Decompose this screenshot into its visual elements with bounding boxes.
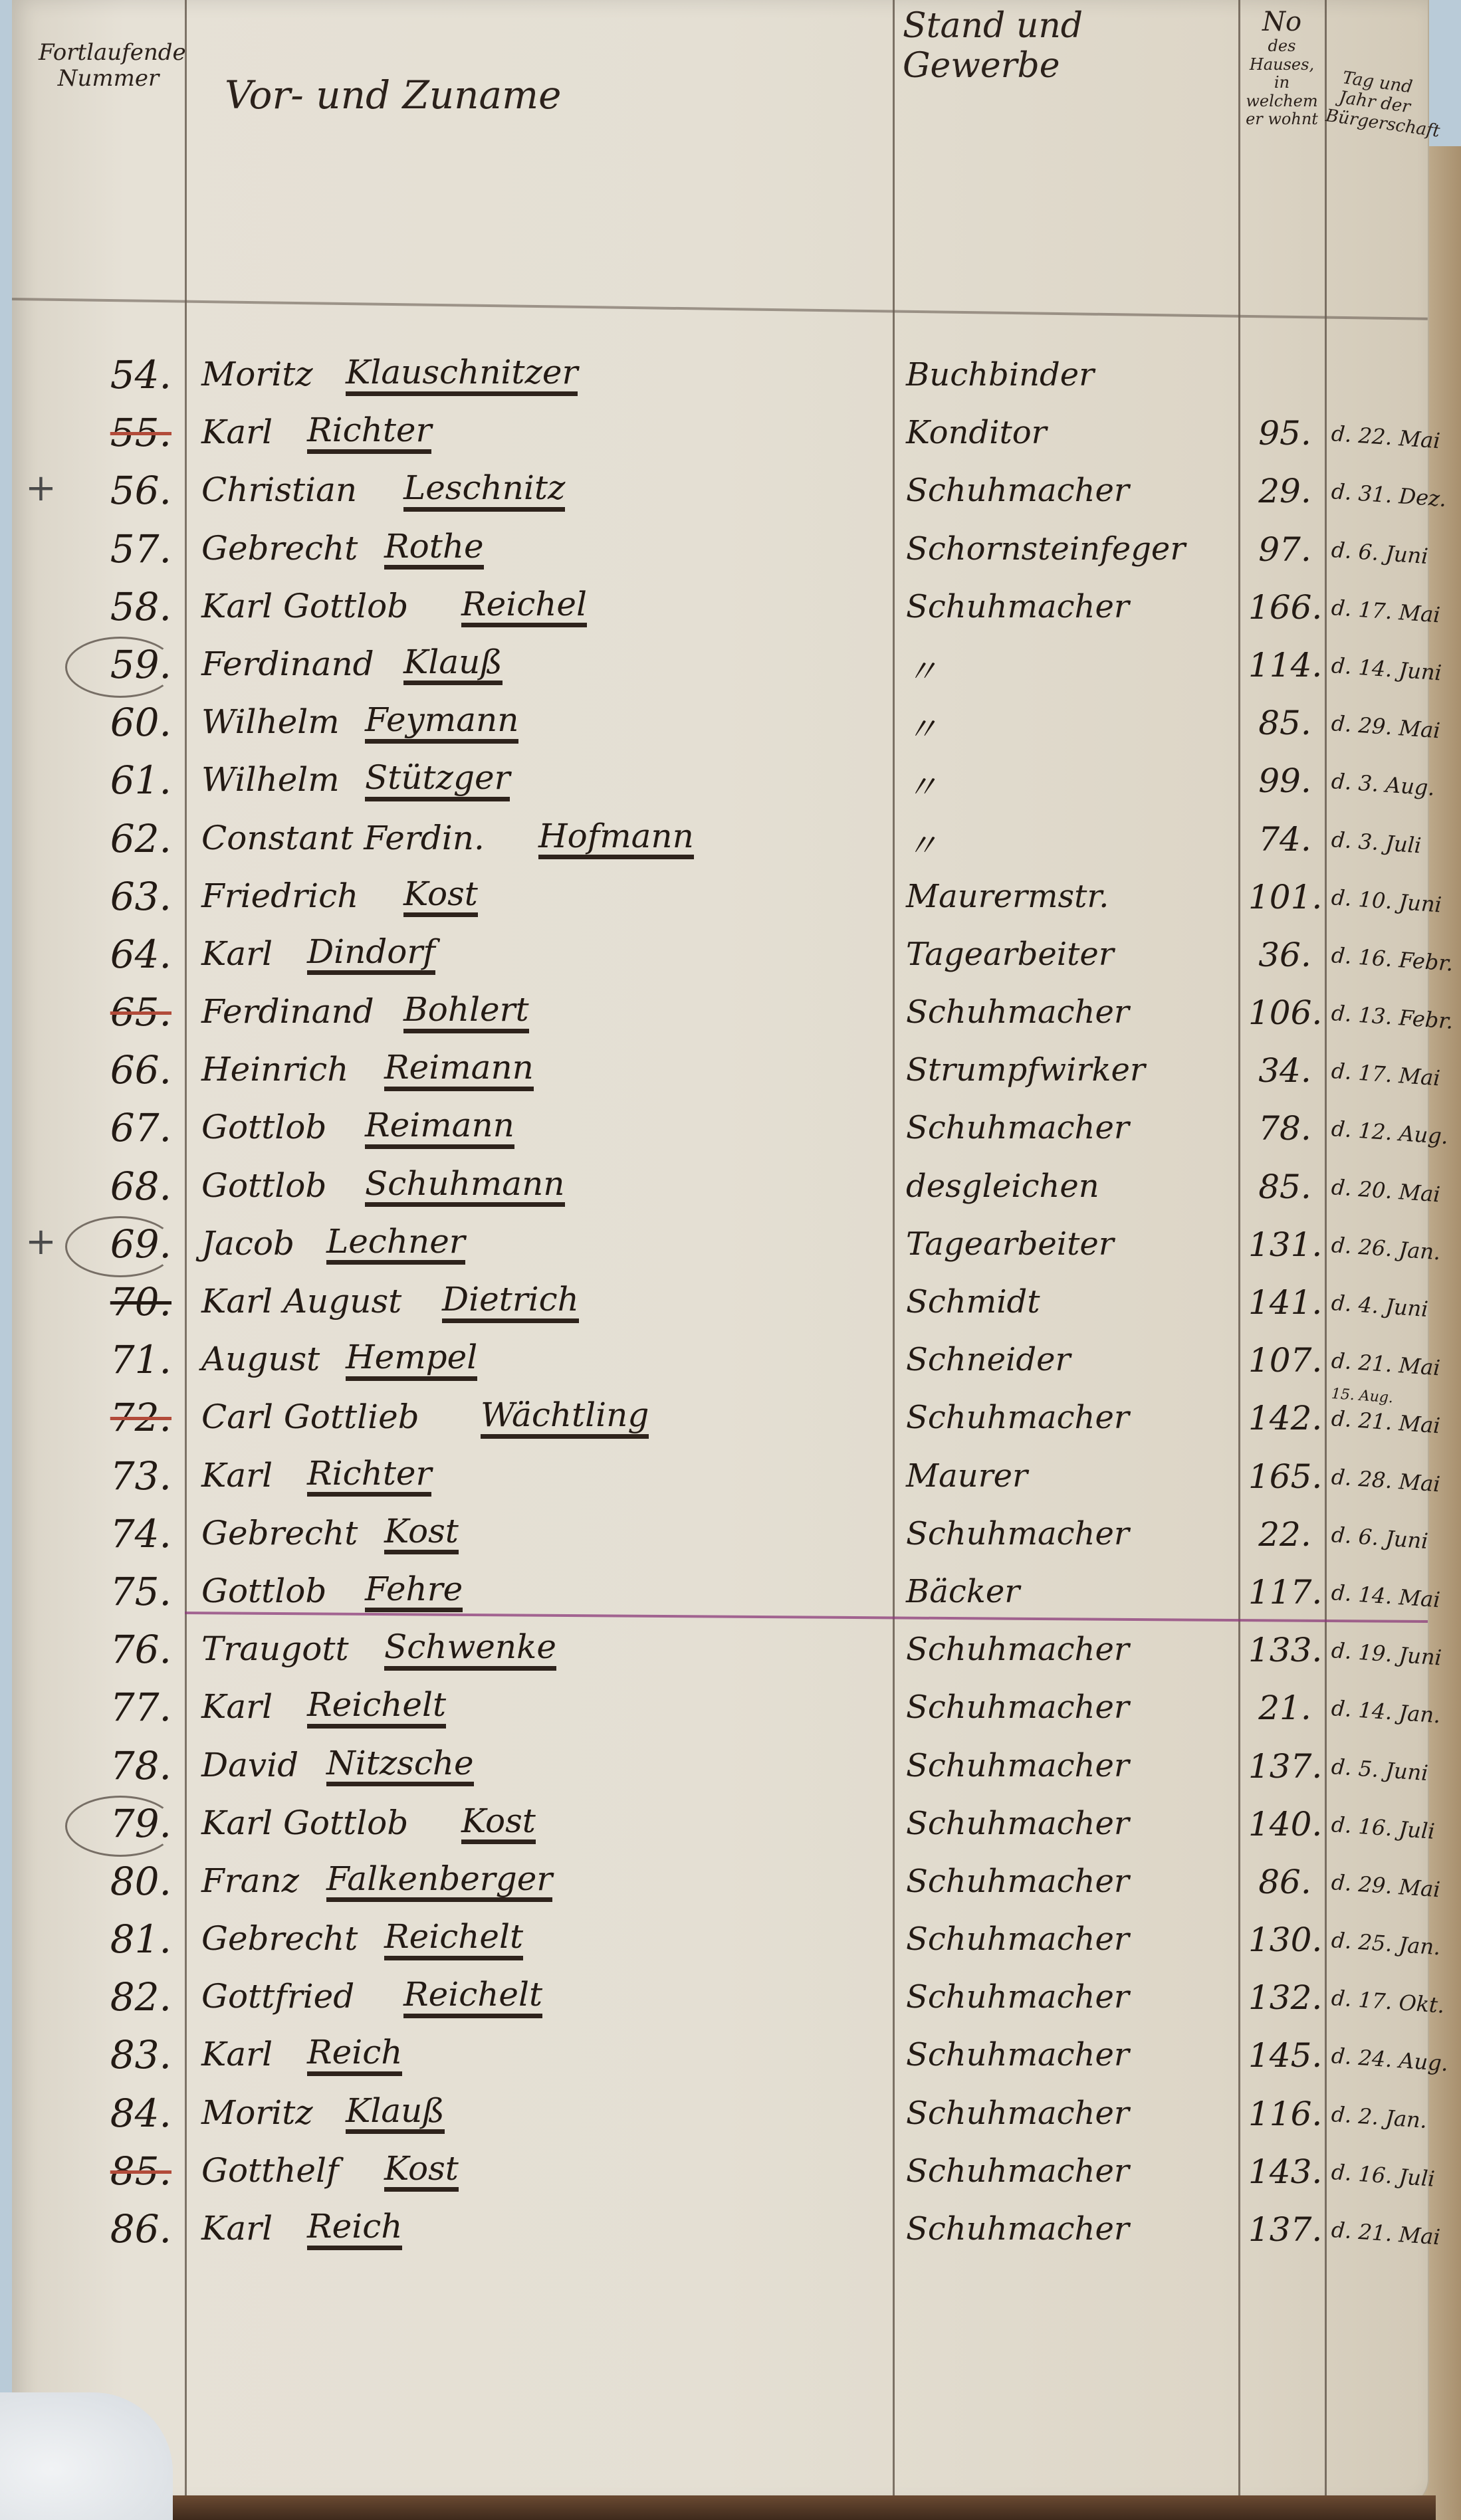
first-name: David: [201, 1746, 298, 1784]
surname: Richter: [307, 413, 431, 454]
entry-number: 72.: [52, 1395, 171, 1440]
first-name: Traugott: [201, 1629, 349, 1668]
surname: Hempel: [346, 1340, 477, 1381]
entry-number: 80.: [52, 1859, 171, 1904]
citizenship-date: d. 21. Mai: [1331, 2217, 1441, 2250]
citizenship-date: d. 21. Mai: [1331, 1348, 1441, 1380]
citizenship-date: d. 17. Mai: [1331, 1058, 1441, 1091]
occupation: Konditor: [906, 414, 1047, 451]
house-number: 74.: [1248, 820, 1321, 859]
surname: Hofmann: [538, 819, 694, 860]
occupation: Schneider: [906, 1341, 1070, 1378]
citizenship-date: d. 28. Mai: [1331, 1464, 1441, 1497]
surname: Bohlert: [403, 992, 529, 1033]
register-entries: 54. Moritz Klauschnitzer Buchbinder 55. …: [12, 346, 1428, 2257]
citizenship-date: d. 16. Juli: [1331, 2159, 1436, 2192]
surname: Dindorf: [307, 934, 435, 976]
house-number: 99.: [1248, 762, 1321, 800]
register-row: 83. Karl Reich Schuhmacher 145. d. 24. A…: [12, 2026, 1428, 2083]
occupation: Schuhmacher: [906, 1921, 1129, 1958]
register-row: 54. Moritz Klauschnitzer Buchbinder: [12, 346, 1428, 403]
entry-number: 83.: [52, 2032, 171, 2077]
register-row: 62. Constant Ferdin. Hofmann 〃 74. d. 3.…: [12, 809, 1428, 867]
house-number: 95.: [1248, 414, 1321, 453]
register-row: 66. Heinrich Reimann Strumpfwirker 34. d…: [12, 1041, 1428, 1099]
citizenship-date: d. 19. Juni: [1331, 1637, 1442, 1670]
entry-number: 64.: [52, 932, 171, 977]
house-number: 166.: [1248, 588, 1321, 627]
entry-number: 65.: [52, 990, 171, 1035]
first-name: Constant Ferdin.: [201, 819, 485, 857]
citizenship-date: d. 2. Jan.: [1331, 2101, 1428, 2133]
occupation: desgleichen: [906, 1168, 1099, 1205]
citizenship-date: d. 14. Jan.: [1331, 1695, 1442, 1728]
occupation: Schuhmacher: [906, 2210, 1129, 2248]
circled-number-mark: [65, 1216, 175, 1277]
entry-number: 67.: [52, 1105, 171, 1150]
entry-number: 63.: [52, 874, 171, 919]
first-name: Ferdinand: [201, 992, 374, 1031]
house-number: 131.: [1248, 1225, 1321, 1264]
register-row: 80. Franz Falkenberger Schuhmacher 86. d…: [12, 1852, 1428, 1910]
house-number: 106.: [1248, 994, 1321, 1032]
register-row: 60. Wilhelm Feymann 〃 85. d. 29. Mai: [12, 693, 1428, 751]
entry-number: 85.: [52, 2149, 171, 2194]
entry-number: 55.: [52, 410, 171, 455]
circled-number-mark: [65, 1796, 175, 1857]
register-row: 82. Gottfried Reichelt Schuhmacher 132. …: [12, 1968, 1428, 2026]
first-name: Wilhelm: [201, 702, 340, 741]
house-number: 101.: [1248, 878, 1321, 916]
surname: Kost: [461, 1804, 536, 1845]
first-name: Gottfried: [201, 1977, 354, 2016]
surname: Schwenke: [384, 1629, 556, 1671]
first-name: Karl: [201, 2209, 273, 2248]
surname: Reimann: [365, 1108, 514, 1149]
first-name: Karl: [201, 2035, 273, 2073]
surname: Kost: [384, 2151, 459, 2192]
house-number: 114.: [1248, 646, 1321, 684]
entry-number: 82.: [52, 1974, 171, 2020]
surname: Dietrich: [442, 1282, 579, 1323]
register-row: 74. Gebrecht Kost Schuhmacher 22. d. 6. …: [12, 1505, 1428, 1562]
entry-number: 81.: [52, 1917, 171, 1962]
register-row: 59. Ferdinand Klauß 〃 114. d. 14. Juni: [12, 635, 1428, 693]
house-number: 36.: [1248, 936, 1321, 974]
citizenship-date: d. 16. Juli: [1331, 1812, 1436, 1844]
entry-number: 74.: [52, 1511, 171, 1556]
register-row: 70. Karl August Dietrich Schmidt 141. d.…: [12, 1273, 1428, 1330]
occupation: Schuhmacher: [906, 1978, 1129, 2016]
entry-number: 77.: [52, 1685, 171, 1730]
surname: Richter: [307, 1456, 431, 1497]
surname: Schuhmann: [365, 1166, 565, 1207]
entry-number: 71.: [52, 1337, 171, 1382]
house-number: 165.: [1248, 1457, 1321, 1496]
surname: Reich: [307, 2209, 402, 2250]
entry-number: 68.: [52, 1164, 171, 1209]
register-row: 85. Gotthelf Kost Schuhmacher 143. d. 16…: [12, 2142, 1428, 2200]
entry-number: 58.: [52, 584, 171, 629]
surname: Falkenberger: [326, 1861, 552, 1903]
header-date: Tag und Jahr der Bürgerschaft: [1324, 67, 1424, 139]
entry-number: 57.: [52, 526, 171, 572]
occupation: Schmidt: [906, 1283, 1040, 1320]
register-row: 65. Ferdinand Bohlert Schuhmacher 106. d…: [12, 983, 1428, 1041]
first-name: Karl Gottlob: [201, 587, 408, 625]
occupation: Schuhmacher: [906, 994, 1129, 1031]
occupation: Schuhmacher: [906, 1863, 1129, 1900]
house-number: 145.: [1248, 2036, 1321, 2075]
occupation: Schuhmacher: [906, 1631, 1129, 1668]
register-row: 72. Carl Gottlieb Wächtling Schuhmacher …: [12, 1388, 1428, 1446]
header-house-text: des Hauses, in welchem er wohnt: [1246, 37, 1318, 128]
citizenship-date: d. 29. Mai: [1331, 1869, 1441, 1902]
entry-number: 70.: [52, 1279, 171, 1324]
occupation: 〃: [906, 704, 938, 750]
occupation: Schuhmacher: [906, 1515, 1129, 1552]
circled-number-mark: [65, 637, 175, 698]
surname: Leschnitz: [403, 471, 565, 512]
house-number: 140.: [1248, 1805, 1321, 1843]
first-name: Karl: [201, 413, 273, 451]
surname: Stützger: [365, 760, 510, 801]
entry-number: 75.: [52, 1569, 171, 1614]
occupation: Schuhmacher: [906, 2036, 1129, 2073]
entry-number: 61.: [52, 758, 171, 803]
surname: Nitzsche: [326, 1746, 474, 1787]
citizenship-date: d. 29. Mai: [1331, 710, 1441, 743]
house-number: 97.: [1248, 530, 1321, 569]
register-row: 67. Gottlob Reimann Schuhmacher 78. d. 1…: [12, 1099, 1428, 1156]
first-name: Karl August: [201, 1282, 401, 1320]
citizenship-date: d. 26. Jan.: [1331, 1232, 1442, 1265]
citizenship-date: d. 20. Mai: [1331, 1174, 1441, 1207]
surname: Reichelt: [403, 1977, 542, 2018]
occupation: Tagearbeiter: [906, 936, 1114, 973]
house-number: 21.: [1248, 1689, 1321, 1727]
first-name: Karl: [201, 934, 273, 973]
entry-number: 62.: [52, 816, 171, 861]
header-house-number: No des Hauses, in welchem er wohnt: [1240, 7, 1323, 129]
first-name: Heinrich: [201, 1050, 348, 1089]
surname: Fehre: [365, 1572, 463, 1613]
entry-number: 84.: [52, 2091, 171, 2136]
occupation: Buchbinder: [906, 356, 1094, 393]
first-name: Karl Gottlob: [201, 1804, 408, 1842]
header-running-number: Fortlaufende Nummer: [39, 40, 178, 92]
surname: Reimann: [384, 1050, 534, 1091]
header-house-no-label: No: [1240, 7, 1323, 37]
register-row: 57. Gebrecht Rothe Schornsteinfeger 97. …: [12, 520, 1428, 577]
entry-number: 66.: [52, 1047, 171, 1093]
first-name: Gottlob: [201, 1166, 326, 1205]
occupation: Schuhmacher: [906, 472, 1129, 509]
citizenship-date: d. 14. Mai: [1331, 1580, 1441, 1612]
register-row: 61. Wilhelm Stützger 〃 99. d. 3. Aug.: [12, 751, 1428, 809]
entry-number: 86.: [52, 2206, 171, 2252]
surname: Klauschnitzer: [346, 355, 578, 396]
book-edge: [173, 2495, 1436, 2520]
register-row: 64. Karl Dindorf Tagearbeiter 36. d. 16.…: [12, 925, 1428, 983]
register-row: 58. Karl Gottlob Reichel Schuhmacher 166…: [12, 577, 1428, 635]
entry-number: 76.: [52, 1627, 171, 1672]
first-name: Gebrecht: [201, 1919, 358, 1958]
register-row: 63. Friedrich Kost Maurermstr. 101. d. 1…: [12, 867, 1428, 925]
occupation: Schornsteinfeger: [906, 530, 1185, 568]
surname: Reichel: [461, 587, 587, 628]
register-row: 56. Christian Leschnitz Schuhmacher 29. …: [12, 461, 1428, 519]
house-number: 117.: [1248, 1573, 1321, 1612]
occupation: Schuhmacher: [906, 1805, 1129, 1842]
occupation: Schuhmacher: [906, 1747, 1129, 1784]
occupation: Maurer: [906, 1457, 1028, 1495]
cross-mark-icon: +: [25, 467, 56, 510]
first-name: Carl Gottlieb: [201, 1398, 419, 1436]
entry-number: 60.: [52, 700, 171, 745]
entry-number: 56.: [52, 468, 171, 513]
first-name: Gottlob: [201, 1108, 326, 1146]
house-number: 86.: [1248, 1863, 1321, 1901]
surname: Feymann: [365, 702, 518, 744]
house-number: 85.: [1248, 1168, 1321, 1206]
surname: Reich: [307, 2035, 402, 2076]
surname: Reichelt: [384, 1919, 523, 1960]
first-name: August: [201, 1340, 320, 1378]
entry-number: 73.: [52, 1453, 171, 1499]
citizenship-date: d. 14. Juni: [1331, 653, 1442, 685]
house-number: 143.: [1248, 2152, 1321, 2191]
entry-number: 78.: [52, 1743, 171, 1788]
citizenship-date: d. 6. Juni: [1331, 537, 1429, 569]
header-name: Vor- und Zuname: [225, 73, 756, 118]
register-row: 73. Karl Richter Maurer 165. d. 28. Mai: [12, 1447, 1428, 1505]
occupation: 〃: [906, 646, 938, 692]
entry-number: 54.: [52, 352, 171, 397]
register-row: 81. Gebrecht Reichelt Schuhmacher 130. d…: [12, 1910, 1428, 1968]
register-row: 76. Traugott Schwenke Schuhmacher 133. d…: [12, 1620, 1428, 1678]
occupation: Schuhmacher: [906, 1399, 1129, 1436]
occupation: Bäcker: [906, 1573, 1020, 1610]
first-name: Karl: [201, 1456, 273, 1495]
header-rule: [12, 298, 1428, 320]
first-name: Christian: [201, 471, 357, 509]
occupation: Strumpfwirker: [906, 1051, 1145, 1089]
register-row: 55. Karl Richter Konditor 95. d. 22. Mai: [12, 403, 1428, 461]
ledger-page: Fortlaufende Nummer Vor- und Zuname Stan…: [12, 0, 1429, 2505]
house-number: 22.: [1248, 1515, 1321, 1554]
occupation: Tagearbeiter: [906, 1225, 1114, 1263]
occupation: Schuhmacher: [906, 2152, 1129, 2190]
surname: Reichelt: [307, 1687, 446, 1729]
first-name: Gebrecht: [201, 1514, 358, 1552]
register-row: 68. Gottlob Schuhmann desgleichen 85. d.…: [12, 1157, 1428, 1215]
house-number: 141.: [1248, 1283, 1321, 1322]
register-row: 71. August Hempel Schneider 107. d. 21. …: [12, 1330, 1428, 1388]
first-name: Ferdinand: [201, 645, 374, 683]
cross-mark-icon: +: [25, 1220, 56, 1263]
citizenship-date: d. 5. Juni: [1331, 1754, 1429, 1786]
first-name: Moritz: [201, 2093, 313, 2132]
surname: Klauß: [403, 645, 503, 686]
date-annotation: 15. Aug.: [1331, 1386, 1394, 1406]
first-name: Jacob: [201, 1224, 294, 1263]
header-occupation: Stand und Gewerbe: [903, 7, 1182, 86]
surname: Kost: [384, 1514, 459, 1555]
register-row: 78. David Nitzsche Schuhmacher 137. d. 5…: [12, 1736, 1428, 1794]
citizenship-date: d. 17. Okt.: [1331, 1985, 1446, 2018]
surname: Kost: [403, 877, 478, 918]
occupation: 〃: [906, 762, 938, 807]
first-name: Friedrich: [201, 877, 358, 915]
house-number: 107.: [1248, 1341, 1321, 1380]
occupation: Schuhmacher: [906, 1109, 1129, 1146]
house-number: 85.: [1248, 704, 1321, 742]
first-name: Gotthelf: [201, 2151, 339, 2190]
first-name: Karl: [201, 1687, 273, 1726]
house-number: 78.: [1248, 1109, 1321, 1148]
house-number: 130.: [1248, 1921, 1321, 1959]
citizenship-date: d. 4. Juni: [1331, 1290, 1429, 1322]
citizenship-date: d. 6. Juni: [1331, 1522, 1429, 1554]
first-name: Wilhelm: [201, 760, 340, 799]
surname: Lechner: [326, 1224, 465, 1265]
occupation: Schuhmacher: [906, 588, 1129, 625]
house-number: 137.: [1248, 2210, 1321, 2249]
house-number: 142.: [1248, 1399, 1321, 1437]
first-name: Gottlob: [201, 1572, 326, 1610]
citizenship-date: d. 10. Juni: [1331, 885, 1442, 917]
first-name: Moritz: [201, 355, 313, 393]
occupation: Schuhmacher: [906, 2095, 1129, 2132]
occupation: Maurermstr.: [906, 878, 1109, 915]
house-number: 133.: [1248, 1631, 1321, 1669]
house-number: 116.: [1248, 2095, 1321, 2133]
register-row: 69. Jacob Lechner Tagearbeiter 131. d. 2…: [12, 1215, 1428, 1273]
surname: Wächtling: [481, 1398, 649, 1439]
surname: Rothe: [384, 529, 484, 570]
house-number: 132.: [1248, 1978, 1321, 2017]
occupation: 〃: [906, 820, 938, 866]
first-name: Franz: [201, 1861, 299, 1900]
house-number: 34.: [1248, 1051, 1321, 1090]
citizenship-date: d. 21. Mai: [1331, 1406, 1441, 1438]
citizenship-date: d. 3. Aug.: [1331, 768, 1436, 801]
register-row: 79. Karl Gottlob Kost Schuhmacher 140. d…: [12, 1794, 1428, 1852]
register-row: 84. Moritz Klauß Schuhmacher 116. d. 2. …: [12, 2084, 1428, 2142]
surname: Klauß: [346, 2093, 445, 2135]
occupation: Schuhmacher: [906, 1689, 1129, 1726]
house-number: 29.: [1248, 472, 1321, 510]
register-row: 77. Karl Reichelt Schuhmacher 21. d. 14.…: [12, 1678, 1428, 1736]
first-name: Gebrecht: [201, 529, 358, 568]
house-number: 137.: [1248, 1747, 1321, 1786]
register-row: 86. Karl Reich Schuhmacher 137. d. 21. M…: [12, 2200, 1428, 2257]
citizenship-date: d. 3. Juli: [1331, 827, 1422, 858]
citizenship-date: d. 17. Mai: [1331, 595, 1441, 627]
citizenship-date: d. 22. Mai: [1331, 421, 1441, 453]
citizenship-date: d. 25. Jan.: [1331, 1927, 1442, 1960]
